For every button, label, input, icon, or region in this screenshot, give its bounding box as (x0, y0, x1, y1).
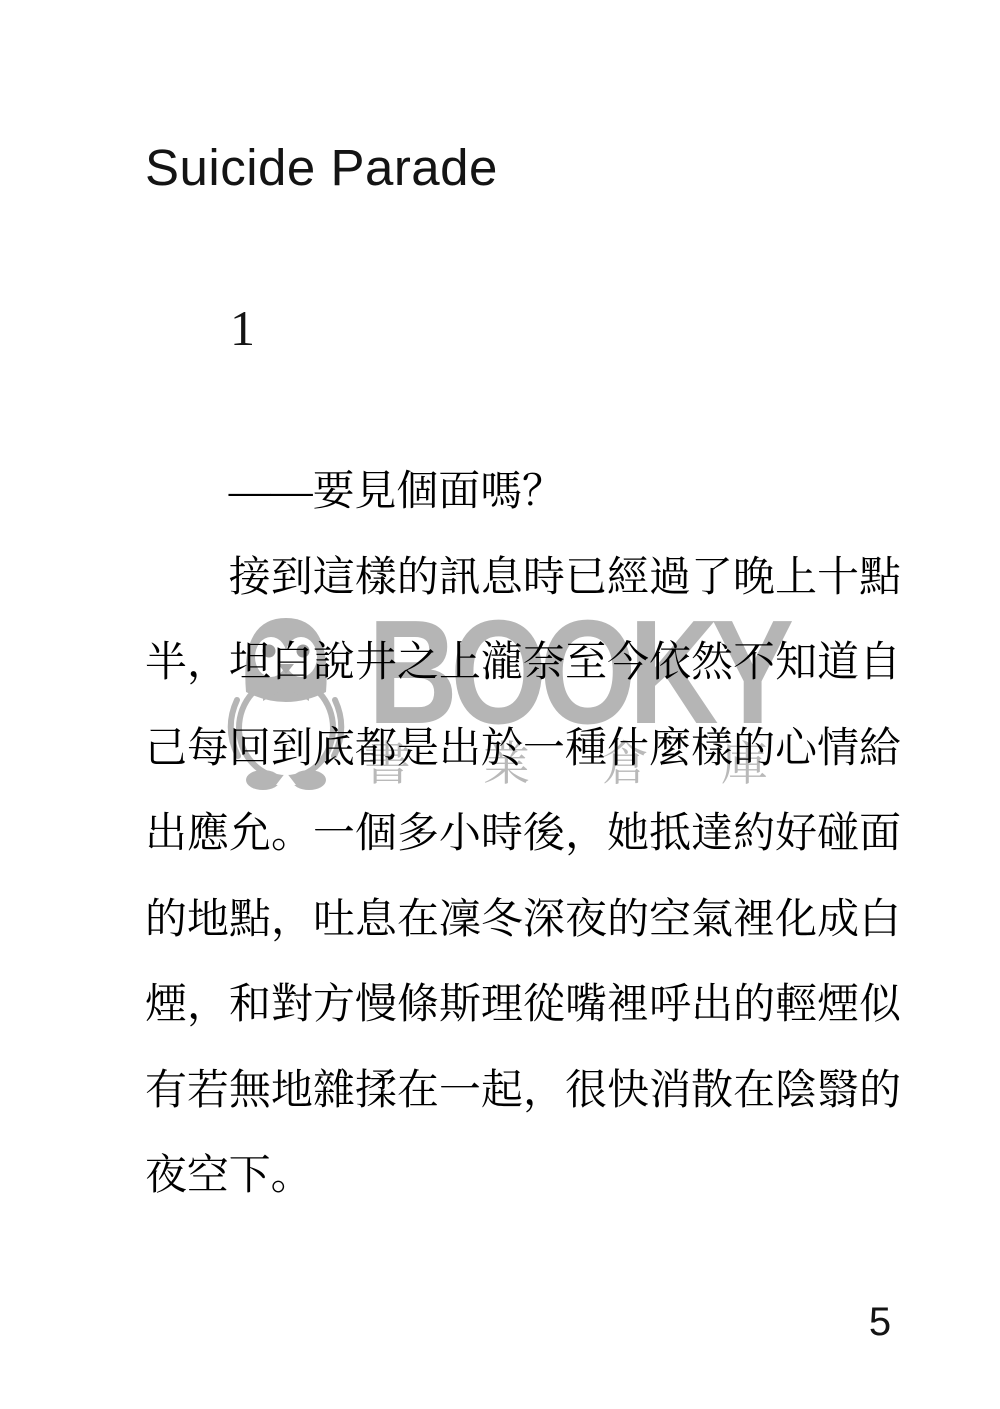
paragraph: ——要見個面嗎？ (145, 450, 901, 536)
page-number: 5 (856, 1302, 904, 1342)
chapter-number: 1 (230, 303, 255, 353)
book-page: BOOKY 書 業 倉 庫 Suicide Parade 1 ——要見個面嗎？ … (0, 0, 1000, 1409)
paragraph: 接到這樣的訊息時已經過了晚上十點半，坦白說井之上瀧奈至今依然不知道自己每回到底都… (145, 536, 901, 1220)
body-text: ——要見個面嗎？ 接到這樣的訊息時已經過了晚上十點半，坦白說井之上瀧奈至今依然不… (145, 450, 901, 1220)
page-title: Suicide Parade (145, 142, 498, 193)
